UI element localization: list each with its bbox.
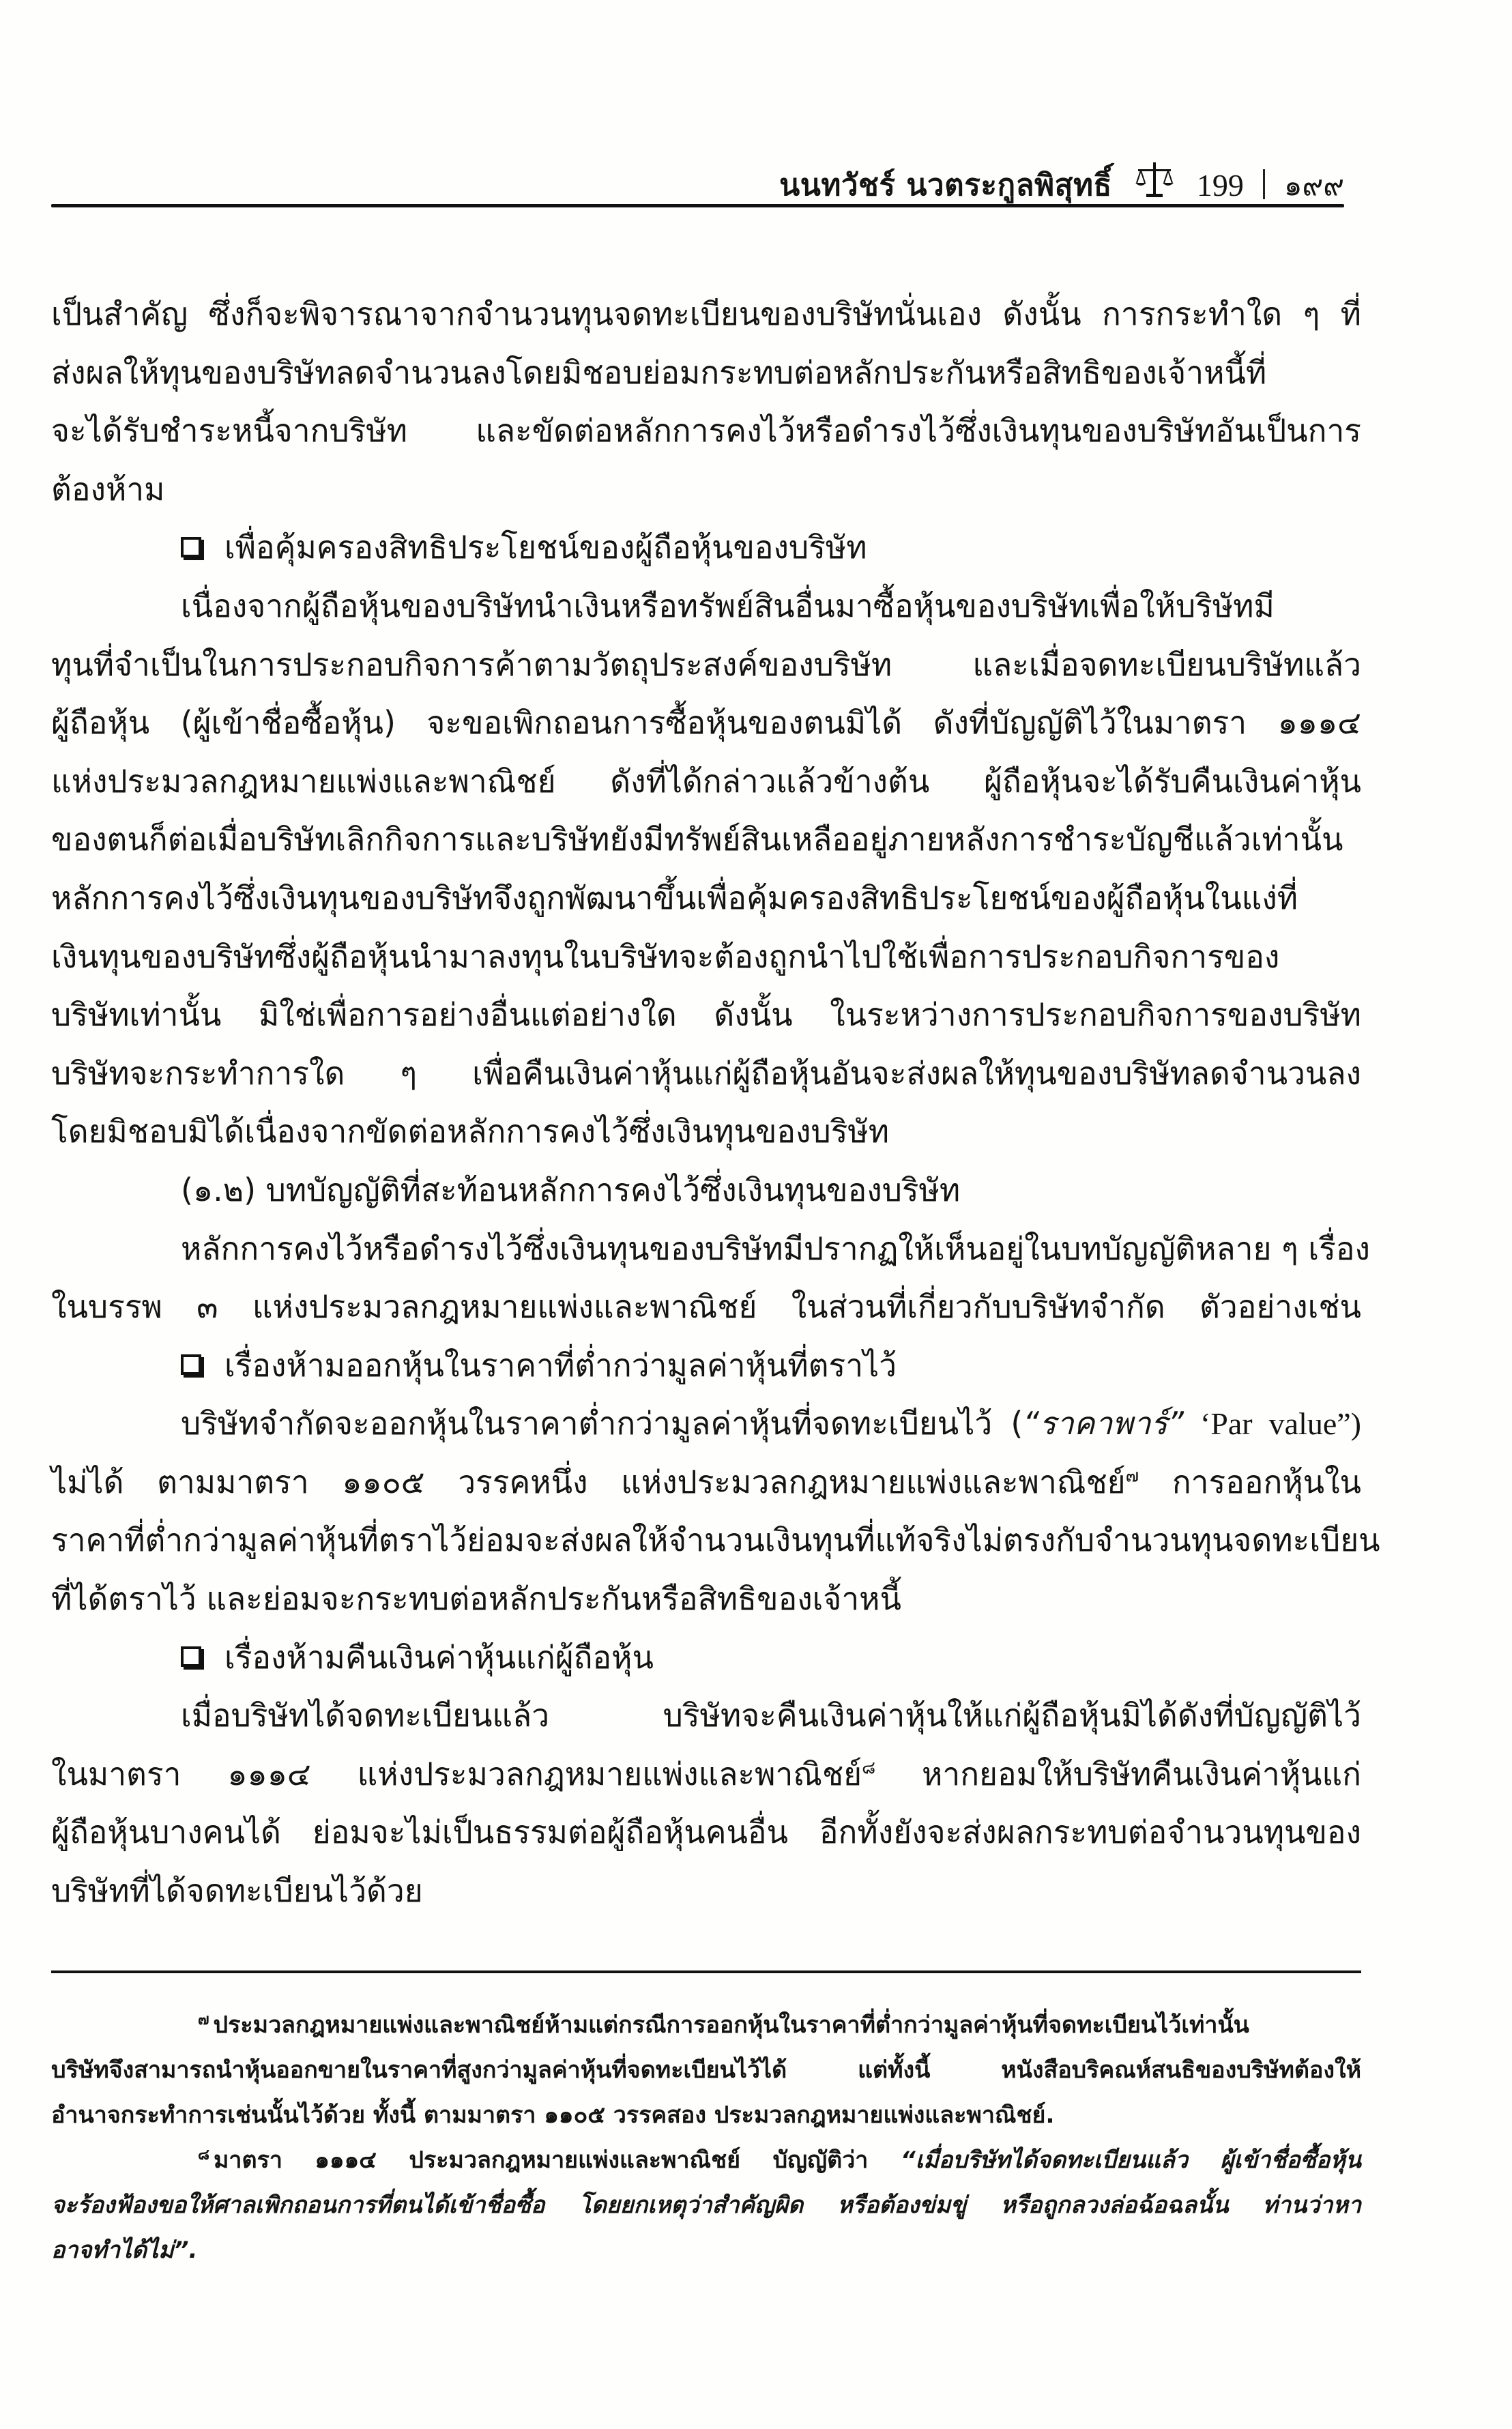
checkbox-bullet-icon <box>181 1354 201 1375</box>
paragraph-line: เป็นสำคัญ ซึ่งก็จะพิจารณาจากจำนวนทุนจดทะ… <box>51 285 1361 344</box>
paragraph-line: บริษัทที่ได้จดทะเบียนไว้ด้วย <box>51 1862 1361 1921</box>
paragraph-line: เมื่อบริษัทได้จดทะเบียนแล้ว บริษัทจะคืนเ… <box>51 1687 1361 1745</box>
checkbox-bullet-icon <box>181 537 201 557</box>
footnote-ref-8[interactable]: ๘ <box>862 1758 875 1779</box>
author-name: นนทวัชร์ นวตระกูลพิสุทธิ์ <box>779 168 1112 203</box>
paragraph-line: ในมาตรา ๑๑๑๔ แห่งประมวลกฎหมายแพ่งและพาณิ… <box>51 1745 1361 1804</box>
paragraph-line: ของตนก็ต่อเมื่อบริษัทเลิกกิจการและบริษัท… <box>51 811 1361 869</box>
subheading-shareholder-protection: เพื่อคุ้มครองสิทธิประโยชน์ของผู้ถือหุ้นข… <box>51 519 1361 577</box>
footnote-rule <box>51 1970 1361 1973</box>
page-number-separator <box>1263 169 1265 199</box>
paragraph-line: แห่งประมวลกฎหมายแพ่งและพาณิชย์ ดังที่ได้… <box>51 753 1361 811</box>
footnote-line: บริษัทจึงสามารถนำหุ้นออกขายในราคาที่สูงก… <box>51 2048 1361 2093</box>
subheading-refund-prohibition: เรื่องห้ามคืนเงินค่าหุ้นแก่ผู้ถือหุ้น <box>51 1629 1361 1687</box>
footnote-line: อาจทำได้ไม่”. <box>51 2228 1361 2273</box>
paragraph-line: หลักการคงไว้ซึ่งเงินทุนของบริษัทจึงถูกพั… <box>51 869 1361 928</box>
footnote-mark: ๗ <box>198 2011 209 2028</box>
footnote-8: ๘มาตรา ๑๑๑๔ ประมวลกฎหมายแพ่งและพาณิชย์ บ… <box>51 2138 1361 2183</box>
header-rule <box>51 204 1344 207</box>
paragraph-line: ในบรรพ ๓ แห่งประมวลกฎหมายแพ่งและพาณิชย์ … <box>51 1278 1361 1337</box>
paragraph-line: บริษัทเท่านั้น มิใช่เพื่อการอย่างอื่นแต่… <box>51 986 1361 1045</box>
section-heading: (๑.๒) บทบัญญัติที่สะท้อนหลักการคงไว้ซึ่ง… <box>51 1161 1361 1220</box>
paragraph-line: บริษัทจะกระทำการใด ๆ เพื่อคืนเงินค่าหุ้น… <box>51 1045 1361 1103</box>
subheading-par-value: เรื่องห้ามออกหุ้นในราคาที่ต่ำกว่ามูลค่าห… <box>51 1337 1361 1395</box>
footnote-line: จะร้องฟ้องขอให้ศาลเพิกถอนการที่ตนได้เข้า… <box>51 2183 1361 2228</box>
checkbox-bullet-icon <box>181 1646 201 1667</box>
paragraph-line: เนื่องจากผู้ถือหุ้นของบริษัทนำเงินหรือทร… <box>51 577 1361 636</box>
paragraph-line: ราคาที่ต่ำกว่ามูลค่าหุ้นที่ตราไว้ย่อมจะส… <box>51 1511 1361 1570</box>
paragraph-line: หลักการคงไว้หรือดำรงไว้ซึ่งเงินทุนของบริ… <box>51 1220 1361 1279</box>
paragraph-line: ผู้ถือหุ้นบางคนได้ ย่อมจะไม่เป็นธรรมต่อผ… <box>51 1803 1361 1862</box>
paragraph-line: โดยมิชอบมิได้เนื่องจากขัดต่อหลักการคงไว้… <box>51 1103 1361 1161</box>
page-number: 199 <box>1197 168 1244 203</box>
page-number-thai: ๑๙๙ <box>1284 168 1344 203</box>
footnote-line: อำนาจกระทำการเช่นนั้นไว้ด้วย ทั้งนี้ ตาม… <box>51 2093 1361 2138</box>
paragraph-line: ทุนที่จำเป็นในการประกอบกิจการค้าตามวัตถุ… <box>51 636 1361 695</box>
body-text: เป็นสำคัญ ซึ่งก็จะพิจารณาจากจำนวนทุนจดทะ… <box>51 285 1361 1921</box>
paragraph-line: ที่ได้ตราไว้ และย่อมจะกระทบต่อหลักประกัน… <box>51 1570 1361 1629</box>
footnote-ref-7[interactable]: ๗ <box>1126 1466 1139 1487</box>
paragraph-line: ผู้ถือหุ้น (ผู้เข้าชื่อซื้อหุ้น) จะขอเพิ… <box>51 694 1361 753</box>
footnote-mark: ๘ <box>198 2147 209 2164</box>
paragraph-line: จะได้รับชำระหนี้จากบริษัท และขัดต่อหลักก… <box>51 402 1361 461</box>
paragraph-line: ไม่ได้ ตามมาตรา ๑๑๐๕ วรรคหนึ่ง แห่งประมว… <box>51 1453 1361 1512</box>
running-header: นนทวัชร์ นวตระกูลพิสุทธิ์ 199 ๑๙๙ <box>51 156 1344 203</box>
paragraph-line: ส่งผลให้ทุนของบริษัทลดจำนวนลงโดยมิชอบย่อ… <box>51 344 1361 403</box>
paragraph-line: ต้องห้าม <box>51 461 1361 519</box>
paragraph-line: เงินทุนของบริษัทซึ่งผู้ถือหุ้นนำมาลงทุนใ… <box>51 928 1361 987</box>
footnote-7: ๗ประมวลกฎหมายแพ่งและพาณิชย์ห้ามแต่กรณีกา… <box>51 2003 1361 2048</box>
paragraph-line: บริษัทจำกัดจะออกหุ้นในราคาต่ำกว่ามูลค่าห… <box>51 1395 1361 1453</box>
document-page: นนทวัชร์ นวตระกูลพิสุทธิ์ 199 ๑๙๙ เป็นสำ… <box>0 0 1512 2429</box>
scales-of-justice-icon <box>1134 160 1175 201</box>
footnotes: ๗ประมวลกฎหมายแพ่งและพาณิชย์ห้ามแต่กรณีกา… <box>51 2003 1361 2273</box>
